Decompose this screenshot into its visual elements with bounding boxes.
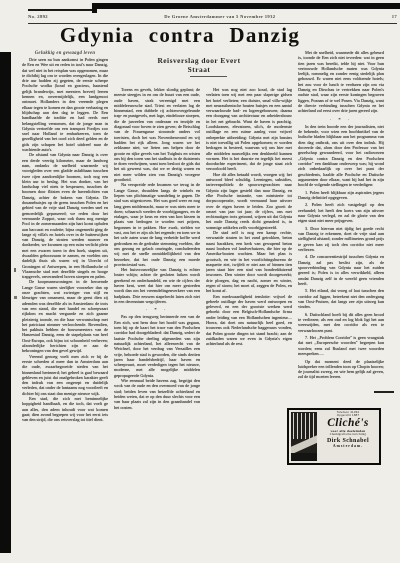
scan-artifact-dash [374,391,394,393]
article-column-1: Drie uren na hun aankomst in Polen ginge… [22,57,108,464]
page-border-top-tick [92,3,97,13]
paragraph: Vreemd genoeg voelt men zich er bij de e… [22,354,108,396]
article-column-4: Met de snelheid, waarmede dit alles gebe… [298,50,384,406]
paragraph: Een stad, die zich met beminnelijke kopp… [22,396,108,422]
paragraph: Hoe dit alles betaald wordt, vroegen wij… [206,172,292,230]
paragraph: 3. Door hiervan niet tijdig het goede re… [298,226,384,252]
paragraph: Met de snelheid, waarmede dit alles gebe… [298,50,384,114]
byline: Reisverslag door Evert Straat [145,56,253,74]
byline-rule [190,76,227,77]
section-heading: Gelukkig en gewaagd leven [22,51,108,56]
paragraph: 5. Het eiland, dat vroeg of laat tussche… [298,288,384,309]
paragraph: Drie uren na hun aankomst in Polen ginge… [22,57,108,152]
paragraph: De stad zelf is nog een kamp: rechte, ve… [206,230,292,294]
paragraph: 2. Polen heeft zich vastgelegd op den ze… [298,202,384,223]
paragraph: De koopmanswoningen in de beroemde Lange… [22,279,108,353]
scan-speck [14,296,17,299]
ad-product-name: Cliché's [317,418,379,429]
ad-subline: Chemigrafische inrichting [317,433,379,437]
page-border-top [94,3,400,9]
page-border-top-left [28,9,95,11]
paragraph: 7. Het ,,Problem Corridor'' is geen vraa… [298,335,384,356]
paragraph: Het huisvrouwelijke van Danzig is echter… [114,267,200,304]
headline: Gdynia contra Danzig [28,25,332,46]
paragraph: 1. Polen heeft blijkbaar zijn aspiraties… [298,190,384,201]
ad-company-name: Dirk Schnabel [317,438,379,445]
illustration-base [291,453,317,461]
section-separator: · * · [114,307,200,312]
paragraph: 6. Duitschland hoeft bij dit alles geen … [298,312,384,333]
page-border-left [0,52,11,553]
paragraph: De afstand van Gdynia naar Danzig is ove… [22,152,108,279]
paragraph: Pas op den terugweg herinnerde een van d… [114,314,200,378]
paragraph: Na verspreide rede kwamen we terug in de… [114,182,200,267]
ad-text-block: Telefoon 41332 Opgericht 1887 Cliché's v… [317,411,379,449]
issue-number: No. 2892 [28,14,48,19]
paragraph: 4. De concurrentiestrijd tusschen Gdynia… [298,254,384,286]
paragraph: Op dat moment deed de plaatselijke luids… [298,359,384,380]
newspaper-page: No. 2892 De Groene Amsterdammer van 5 No… [0,0,400,563]
printing-press-illustration [291,412,317,461]
scan-speck [14,268,16,272]
advertisement-cliches: Telefoon 41332 Opgericht 1887 Cliché's v… [287,408,381,465]
article-column-2: Torens en gevels, lekker slordig geplant… [114,87,200,464]
masthead: No. 2892 De Groene Amsterdammer van 5 No… [28,14,397,19]
paragraph: In den trein hoorde een der journalisten… [298,124,384,188]
ad-company-city: Amsterdam. [317,444,379,448]
page-number: 17 [392,14,397,19]
illustration-windows [293,413,315,439]
section-separator: · * · [298,117,384,122]
paragraph: Een merkwaardigheid tenslotte: vrijwel d… [206,294,292,347]
paragraph: Wie eenmaal beide havens zag, begrijpt d… [114,378,200,410]
article-column-3: Het was nog niet zoo koud, de stad lag v… [206,87,292,463]
paragraph: Torens en gevels, lekker slordig geplant… [114,87,200,182]
paper-title-dateline: De Groene Amsterdammer van 5 November 19… [48,14,392,19]
paragraph: Het was nog niet zoo koud, de stad lag v… [206,87,292,172]
